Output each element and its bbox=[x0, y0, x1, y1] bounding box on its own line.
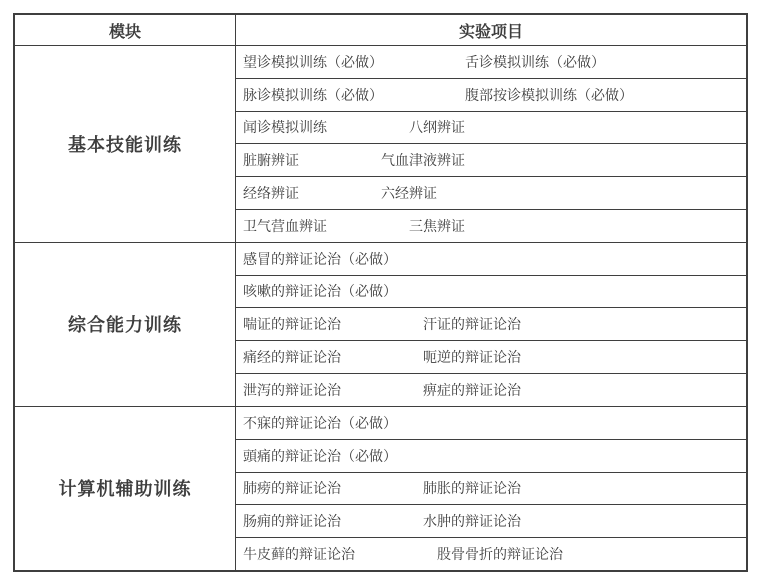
experiment-item: 咳嗽的辩证论治（必做） bbox=[243, 281, 397, 301]
experiment-item: 汗证的辩证论治 bbox=[423, 314, 521, 334]
section-rows: 不寐的辩证论治（必做） 頭痛的辩证论治（必做） 肺痨的辩证论治 肺胀的辩证论治 … bbox=[236, 407, 746, 570]
module-name: 基本技能训练 bbox=[68, 131, 182, 157]
experiment-item: 股骨骨折的辩证论治 bbox=[437, 544, 563, 564]
table-row: 痛经的辩证论治 呃逆的辩证论治 bbox=[236, 341, 746, 374]
table-row: 喘证的辩证论治 汗证的辩证论治 bbox=[236, 308, 746, 341]
table-row: 咳嗽的辩证论治（必做） bbox=[236, 276, 746, 309]
experiment-item: 脏腑辨证 bbox=[243, 150, 299, 170]
section-rows: 感冒的辩证论治（必做） 咳嗽的辩证论治（必做） 喘证的辩证论治 汗证的辩证论治 … bbox=[236, 243, 746, 406]
experiment-table: 模块 实验项目 基本技能训练 望诊模拟训练（必做） 舌诊模拟训练（必做） 脉诊模… bbox=[13, 13, 748, 572]
table-row: 頭痛的辩证论治（必做） bbox=[236, 440, 746, 473]
table-row: 经络辨证 六经辨证 bbox=[236, 177, 746, 210]
module-name: 综合能力训练 bbox=[68, 311, 182, 337]
experiment-item: 肺痨的辩证论治 bbox=[243, 478, 341, 498]
table-row: 脏腑辨证 气血津液辨证 bbox=[236, 144, 746, 177]
header-cell-module: 模块 bbox=[15, 15, 236, 45]
module-cell: 基本技能训练 bbox=[15, 46, 236, 242]
experiment-item: 六经辨证 bbox=[381, 183, 437, 203]
experiment-item: 八纲辨证 bbox=[409, 117, 465, 137]
table-row: 脉诊模拟训练（必做） 腹部按诊模拟训练（必做） bbox=[236, 79, 746, 112]
experiment-item: 不寐的辩证论治（必做） bbox=[243, 413, 397, 433]
module-name: 计算机辅助训练 bbox=[59, 475, 192, 501]
header-items-label: 实验项目 bbox=[459, 19, 523, 42]
experiment-item: 痛经的辩证论治 bbox=[243, 347, 341, 367]
table-row: 肠痈的辩证论治 水肿的辩证论治 bbox=[236, 505, 746, 538]
table-row: 泄泻的辩证论治 痹症的辩证论治 bbox=[236, 374, 746, 406]
experiment-item: 喘证的辩证论治 bbox=[243, 314, 341, 334]
experiment-item: 腹部按诊模拟训练（必做） bbox=[465, 85, 633, 105]
header-cell-experiment-items: 实验项目 bbox=[236, 15, 746, 45]
experiment-item: 舌诊模拟训练（必做） bbox=[465, 52, 605, 72]
module-cell: 计算机辅助训练 bbox=[15, 407, 236, 570]
experiment-item: 脉诊模拟训练（必做） bbox=[243, 85, 383, 105]
header-module-label: 模块 bbox=[109, 19, 141, 42]
experiment-item: 气血津液辨证 bbox=[381, 150, 465, 170]
table-row: 感冒的辩证论治（必做） bbox=[236, 243, 746, 276]
experiment-item: 肠痈的辩证论治 bbox=[243, 511, 341, 531]
experiment-item: 闻诊模拟训练 bbox=[243, 117, 327, 137]
table-row: 闻诊模拟训练 八纲辨证 bbox=[236, 112, 746, 145]
module-cell: 综合能力训练 bbox=[15, 243, 236, 406]
experiment-item: 泄泻的辩证论治 bbox=[243, 380, 341, 400]
experiment-item: 感冒的辩证论治（必做） bbox=[243, 249, 397, 269]
table-row: 牛皮藓的辩证论治 股骨骨折的辩证论治 bbox=[236, 538, 746, 570]
experiment-item: 頭痛的辩证论治（必做） bbox=[243, 446, 397, 466]
experiment-item: 卫气营血辨证 bbox=[243, 216, 327, 236]
experiment-item: 望诊模拟训练（必做） bbox=[243, 52, 383, 72]
experiment-item: 牛皮藓的辩证论治 bbox=[243, 544, 355, 564]
experiment-item: 痹症的辩证论治 bbox=[423, 380, 521, 400]
experiment-item: 经络辨证 bbox=[243, 183, 299, 203]
section-basic-skills: 基本技能训练 望诊模拟训练（必做） 舌诊模拟训练（必做） 脉诊模拟训练（必做） … bbox=[15, 46, 746, 243]
experiment-item: 呃逆的辩证论治 bbox=[423, 347, 521, 367]
table-row: 肺痨的辩证论治 肺胀的辩证论治 bbox=[236, 473, 746, 506]
experiment-item: 肺胀的辩证论治 bbox=[423, 478, 521, 498]
section-rows: 望诊模拟训练（必做） 舌诊模拟训练（必做） 脉诊模拟训练（必做） 腹部按诊模拟训… bbox=[236, 46, 746, 242]
experiment-item: 水肿的辩证论治 bbox=[423, 511, 521, 531]
table-row: 望诊模拟训练（必做） 舌诊模拟训练（必做） bbox=[236, 46, 746, 79]
section-comprehensive-ability: 综合能力训练 感冒的辩证论治（必做） 咳嗽的辩证论治（必做） 喘证的辩证论治 汗… bbox=[15, 243, 746, 407]
table-header-row: 模块 实验项目 bbox=[15, 15, 746, 46]
table-row: 卫气营血辨证 三焦辨证 bbox=[236, 210, 746, 242]
table-row: 不寐的辩证论治（必做） bbox=[236, 407, 746, 440]
section-computer-aided: 计算机辅助训练 不寐的辩证论治（必做） 頭痛的辩证论治（必做） 肺痨的辩证论治 … bbox=[15, 407, 746, 570]
experiment-item: 三焦辨证 bbox=[409, 216, 465, 236]
